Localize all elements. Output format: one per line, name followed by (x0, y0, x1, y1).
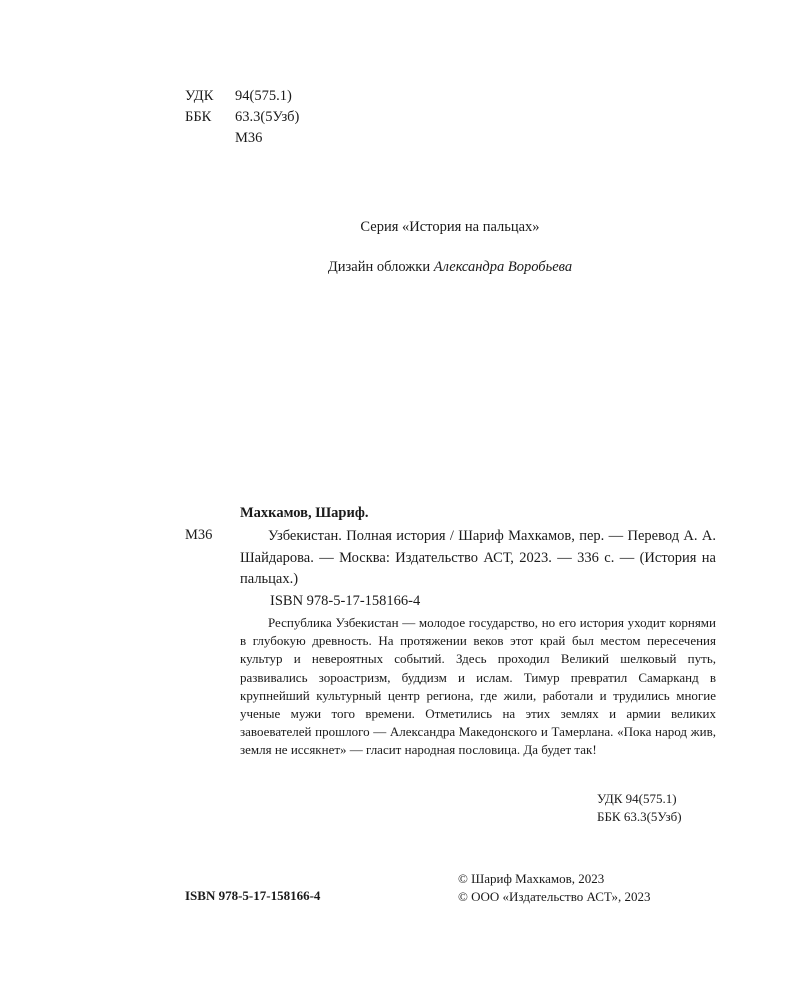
bbk-row: ББК 63.3(5Узб) (185, 107, 299, 128)
bbk-bottom: ББК 63.3(5Узб) (597, 808, 682, 826)
cover-designer-name: Александра Воробьева (434, 259, 572, 275)
isbn-record: ISBN 978-5-17-158166-4 (270, 593, 420, 610)
bbk-label: ББК (185, 107, 235, 128)
series-title: Серия «История на пальцах» (0, 219, 800, 236)
abstract-paragraph: Республика Узбекистан — молодое государс… (240, 614, 716, 760)
classification-codes-bottom: УДК 94(575.1) ББК 63.3(5Узб) (597, 790, 682, 826)
classification-codes-top: УДК 94(575.1) ББК 63.3(5Узб) М36 (185, 86, 299, 149)
author-sign-row: М36 (185, 128, 299, 149)
copyright-block: © Шариф Махкамов, 2023 © ООО «Издательст… (458, 870, 651, 906)
isbn-footer: ISBN 978-5-17-158166-4 (185, 888, 320, 904)
author-heading: Махкамов, Шариф. (240, 505, 368, 522)
udk-value: 94(575.1) (235, 86, 292, 107)
udk-label: УДК (185, 86, 235, 107)
cover-design-credit: Дизайн обложки Александра Воробьева (0, 259, 800, 276)
cover-design-label: Дизайн обложки (328, 259, 430, 275)
bibliographic-description: Узбекистан. Полная история / Шариф Махка… (240, 526, 716, 591)
copyright-author: © Шариф Махкамов, 2023 (458, 870, 651, 888)
author-sign-margin: М36 (185, 527, 212, 544)
bbk-value: 63.3(5Узб) (235, 107, 299, 128)
copyright-publisher: © ООО «Издательство АСТ», 2023 (458, 888, 651, 906)
author-sign: М36 (235, 128, 262, 149)
udk-row: УДК 94(575.1) (185, 86, 299, 107)
udk-bottom: УДК 94(575.1) (597, 790, 682, 808)
